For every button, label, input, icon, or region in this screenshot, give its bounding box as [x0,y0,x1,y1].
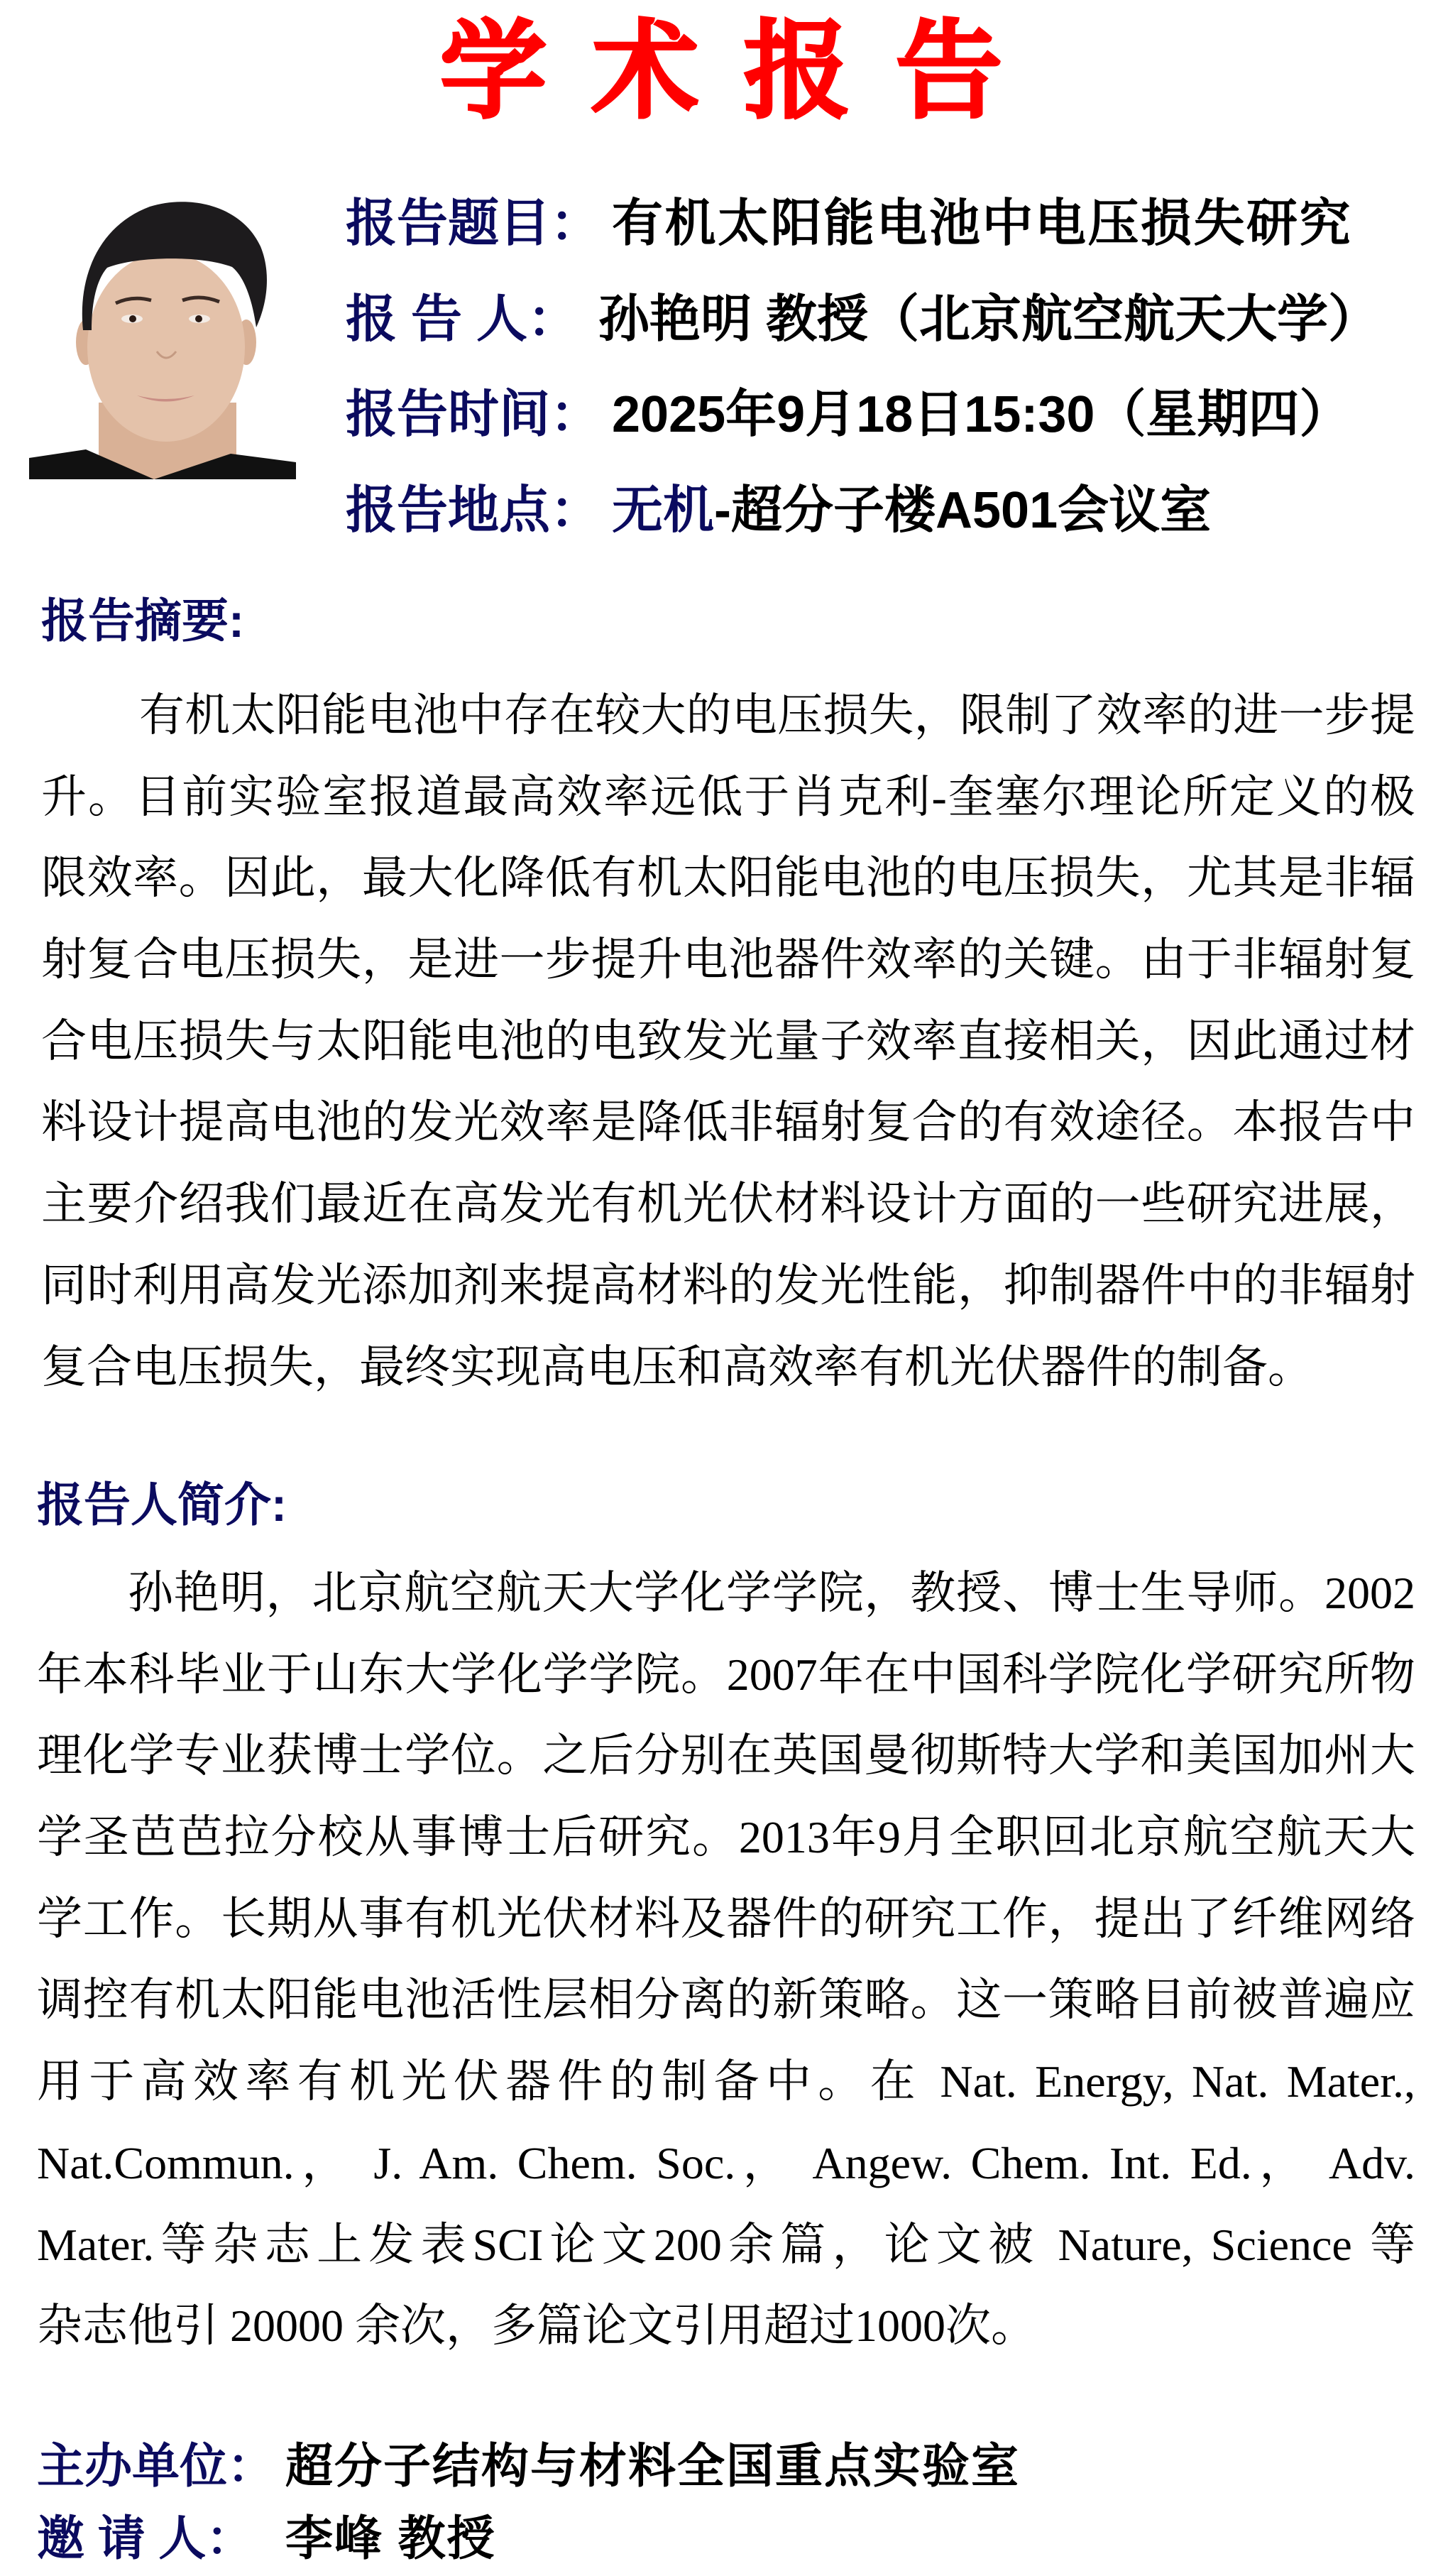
abstract-heading: 报告摘要: [41,597,244,644]
abstract-line: 同时利用高发光添加剂来提高材料的发光性能，抑制器件中的非辐射 [41,1245,1415,1327]
abstract-line: 主要介绍我们最近在高发光有机光伏材料设计方面的一些研究进展， [41,1164,1415,1245]
info-row-topic: 报告题目：有机太阳能电池中电压损失研究 [346,198,1352,249]
abstract-line: 有机太阳能电池中存在较大的电压损失，限制了效率的进一步提 [41,675,1415,757]
time-value: 2025年9月18日15:30（星期四） [612,386,1350,443]
venue-label: 报告地点： [346,485,612,536]
bio-line: 孙艳明，北京航空航天大学化学学院，教授、博士生导师。2002 [37,1553,1415,1634]
topic-label: 报告题目： [346,198,612,249]
bio-line: 杂志他引 20000 余次，多篇论文引用超过1000次。 [37,2286,1415,2367]
bio-heading: 报告人简介: [37,1481,287,1528]
speaker-value: 孙艳明 教授（北京航空航天大学） [598,291,1379,348]
inviter-value: 李峰 教授 [285,2512,496,2565]
bio-line: 用于高效率有机光伏器件的制备中。在 Nat. Energy, Nat. Mate… [37,2041,1415,2123]
inviter-row: 邀 请 人：李峰 教授 [37,2515,496,2563]
portrait-image [29,197,296,479]
venue-value-prefix: 无机 [612,482,714,539]
abstract-line: 料设计提高电池的发光效率是降低非辐射复合的有效途径。本报告中 [41,1082,1415,1164]
page-title: 学术报告 [440,18,1048,125]
venue-value: -超分子楼A501会议室 [714,482,1211,539]
inviter-label: 邀 请 人： [37,2515,285,2563]
bio-line: 学工作。长期从事有机光伏材料及器件的研究工作，提出了纤维网络 [37,1879,1415,1960]
time-label: 报告时间： [346,389,612,440]
abstract-line: 复合电压损失，最终实现高电压和高效率有机光伏器件的制备。 [41,1327,1415,1409]
info-row-venue: 报告地点：无机-超分子楼A501会议室 [346,485,1211,536]
info-row-speaker: 报 告 人：孙艳明 教授（北京航空航天大学） [346,294,1379,345]
bio-line: 理化学专业获博士学位。之后分别在英国曼彻斯特大学和美国加州大 [37,1715,1415,1797]
bio-line: 调控有机太阳能电池活性层相分离的新策略。这一策略目前被普遍应 [37,1960,1415,2041]
organizer-value: 超分子结构与材料全国重点实验室 [285,2440,1020,2493]
bio-line: Nat.Commun.， J. Am. Chem. Soc.， Angew. C… [37,2123,1415,2205]
abstract-line: 合电压损失与太阳能电池的电致发光量子效率直接相关，因此通过材 [41,1001,1415,1083]
abstract-line: 升。目前实验室报道最高效率远低于肖克利-奎塞尔理论所定义的极 [41,757,1415,839]
organizer-label: 主办单位： [37,2443,285,2490]
bio-line: 年本科毕业于山东大学化学学院。2007年在中国科学院化学研究所物 [37,1634,1415,1716]
organizer-row: 主办单位：超分子结构与材料全国重点实验室 [37,2443,1020,2490]
speaker-label: 报 告 人： [346,294,598,345]
info-row-time: 报告时间：2025年9月18日15:30（星期四） [346,389,1350,440]
speaker-photo [29,197,296,479]
abstract-paragraph: 有机太阳能电池中存在较大的电压损失，限制了效率的进一步提 升。目前实验室报道最高… [41,675,1415,1408]
bio-line: 学圣芭芭拉分校从事博士后研究。2013年9月全职回北京航空航天大 [37,1797,1415,1879]
topic-value: 有机太阳能电池中电压损失研究 [612,195,1352,252]
abstract-line: 射复合电压损失，是进一步提升电池器件效率的关键。由于非辐射复 [41,919,1415,1001]
abstract-line: 限效率。因此，最大化降低有机太阳能电池的电压损失，尤其是非辐 [41,838,1415,919]
bio-line: Mater.等杂志上发表SCI论文200余篇，论文被 Nature, Scien… [37,2205,1415,2286]
bio-paragraph: 孙艳明，北京航空航天大学化学学院，教授、博士生导师。2002 年本科毕业于山东大… [37,1553,1415,2367]
